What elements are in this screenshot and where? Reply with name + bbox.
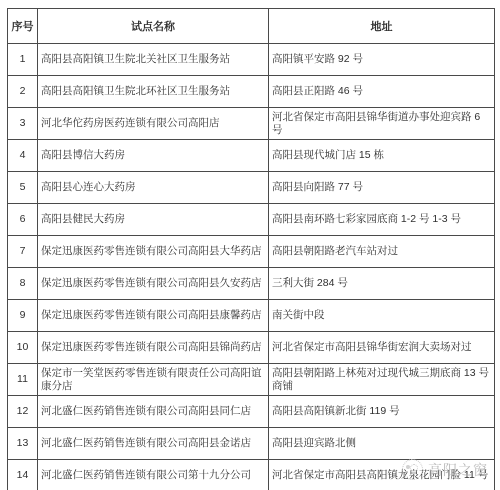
row-index-cell: 5 (8, 172, 38, 204)
row-index-cell: 3 (8, 108, 38, 140)
table-row: 5高阳县心连心大药房高阳县向阳路 77 号 (8, 172, 495, 204)
row-index-cell: 4 (8, 140, 38, 172)
address-cell: 河北省保定市高阳县锦华街宏润大卖场对过 (269, 332, 495, 364)
header-row: 序号 试点名称 地址 (8, 9, 495, 44)
row-index-cell: 2 (8, 76, 38, 108)
pilot-sites-table: 序号 试点名称 地址 1高阳县高阳镇卫生院北关社区卫生服务站高阳镇平安路 92 … (7, 8, 495, 490)
site-name-cell: 保定迅康医药零售连锁有限公司高阳县康馨药店 (38, 300, 269, 332)
address-cell: 高阳镇平安路 92 号 (269, 44, 495, 76)
site-name-cell: 保定迅康医药零售连锁有限公司高阳县久安药店 (38, 268, 269, 300)
column-header-index: 序号 (8, 9, 38, 44)
site-name-cell: 保定市一笑堂医药零售连锁有限责任公司高阳谊康分店 (38, 364, 269, 396)
address-cell: 高阳县高阳镇新北街 119 号 (269, 396, 495, 428)
site-name-cell: 保定迅康医药零售连锁有限公司高阳县锦尚药店 (38, 332, 269, 364)
watermark: 高阳之窗 (402, 459, 488, 480)
site-name-cell: 高阳县健民大药房 (38, 204, 269, 236)
table-row: 10保定迅康医药零售连锁有限公司高阳县锦尚药店河北省保定市高阳县锦华街宏润大卖场… (8, 332, 495, 364)
column-header-site-name: 试点名称 (38, 9, 269, 44)
address-cell: 高阳县正阳路 46 号 (269, 76, 495, 108)
address-cell: 高阳县向阳路 77 号 (269, 172, 495, 204)
table-header: 序号 试点名称 地址 (8, 9, 495, 44)
row-index-cell: 11 (8, 364, 38, 396)
address-cell: 高阳县南环路七彩家园底商 1-2 号 1-3 号 (269, 204, 495, 236)
table-row: 1高阳县高阳镇卫生院北关社区卫生服务站高阳镇平安路 92 号 (8, 44, 495, 76)
address-cell: 高阳县朝阳路上林苑对过现代城三期底商 13 号商铺 (269, 364, 495, 396)
row-index-cell: 10 (8, 332, 38, 364)
address-cell: 河北省保定市高阳县锦华街道办事处迎宾路 6 号 (269, 108, 495, 140)
row-index-cell: 14 (8, 460, 38, 490)
table-row: 4高阳县博信大药房高阳县现代城门店 15 栋 (8, 140, 495, 172)
watermark-logo-icon (402, 459, 423, 480)
address-cell: 南关街中段 (269, 300, 495, 332)
site-name-cell: 高阳县心连心大药房 (38, 172, 269, 204)
row-index-cell: 1 (8, 44, 38, 76)
table-row: 9保定迅康医药零售连锁有限公司高阳县康馨药店南关街中段 (8, 300, 495, 332)
watermark-label: 高阳之窗 (428, 460, 488, 480)
table-row: 13河北盛仁医药销售连锁有限公司高阳县金诺店高阳县迎宾路北侧 (8, 428, 495, 460)
row-index-cell: 9 (8, 300, 38, 332)
table-row: 6高阳县健民大药房高阳县南环路七彩家园底商 1-2 号 1-3 号 (8, 204, 495, 236)
row-index-cell: 13 (8, 428, 38, 460)
site-name-cell: 高阳县高阳镇卫生院北关社区卫生服务站 (38, 44, 269, 76)
site-name-cell: 河北盛仁医药销售连锁有限公司高阳县金诺店 (38, 428, 269, 460)
address-cell: 三利大街 284 号 (269, 268, 495, 300)
table-row: 12河北盛仁医药销售连锁有限公司高阳县同仁店高阳县高阳镇新北街 119 号 (8, 396, 495, 428)
site-name-cell: 河北盛仁医药销售连锁有限公司高阳县同仁店 (38, 396, 269, 428)
address-cell: 高阳县现代城门店 15 栋 (269, 140, 495, 172)
table-row: 7保定迅康医药零售连锁有限公司高阳县大华药店高阳县朝阳路老汽车站对过 (8, 236, 495, 268)
page: 序号 试点名称 地址 1高阳县高阳镇卫生院北关社区卫生服务站高阳镇平安路 92 … (0, 0, 500, 490)
site-name-cell: 高阳县博信大药房 (38, 140, 269, 172)
site-name-cell: 保定迅康医药零售连锁有限公司高阳县大华药店 (38, 236, 269, 268)
row-index-cell: 6 (8, 204, 38, 236)
table-row: 3河北华佗药房医药连锁有限公司高阳店河北省保定市高阳县锦华街道办事处迎宾路 6 … (8, 108, 495, 140)
address-cell: 高阳县迎宾路北侧 (269, 428, 495, 460)
table-row: 11保定市一笑堂医药零售连锁有限责任公司高阳谊康分店高阳县朝阳路上林苑对过现代城… (8, 364, 495, 396)
site-name-cell: 河北华佗药房医药连锁有限公司高阳店 (38, 108, 269, 140)
column-header-address: 地址 (269, 9, 495, 44)
table-body: 1高阳县高阳镇卫生院北关社区卫生服务站高阳镇平安路 92 号2高阳县高阳镇卫生院… (8, 44, 495, 490)
address-cell: 高阳县朝阳路老汽车站对过 (269, 236, 495, 268)
site-name-cell: 河北盛仁医药销售连锁有限公司第十九分公司 (38, 460, 269, 490)
row-index-cell: 8 (8, 268, 38, 300)
table-row: 2高阳县高阳镇卫生院北环社区卫生服务站高阳县正阳路 46 号 (8, 76, 495, 108)
row-index-cell: 12 (8, 396, 38, 428)
site-name-cell: 高阳县高阳镇卫生院北环社区卫生服务站 (38, 76, 269, 108)
row-index-cell: 7 (8, 236, 38, 268)
table-row: 8保定迅康医药零售连锁有限公司高阳县久安药店三利大街 284 号 (8, 268, 495, 300)
